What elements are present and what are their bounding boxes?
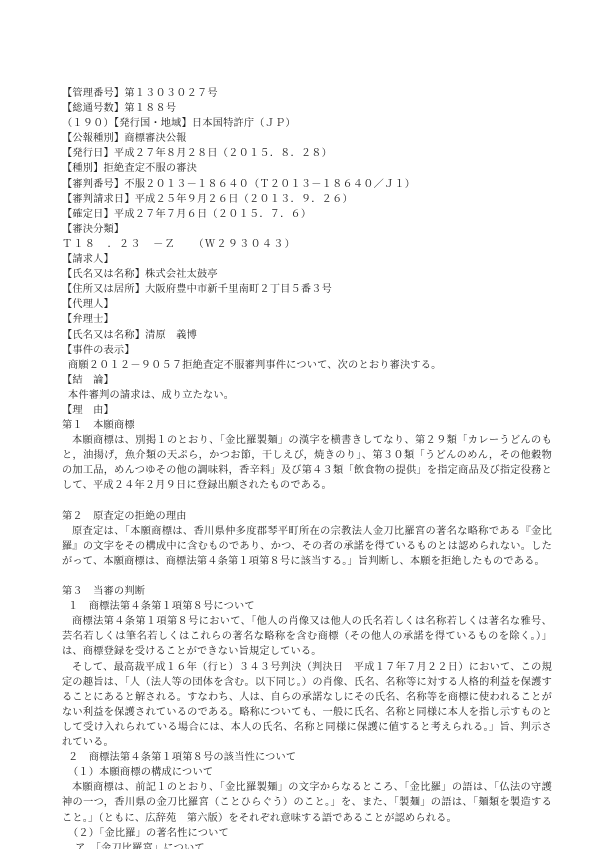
section-3-2-1-body: 本願商標は、前記１のとおり、「金比羅製麺」の文字からなるところ、「金比羅」の語は…	[62, 780, 552, 825]
appeal-number: 【審判番号】不服２０１３－１８６４０（Ｔ２０１３－１８６４０／Ｊ１）	[62, 177, 552, 192]
classification-value: Ｔ１８ ．２３ －Ｚ （Ｗ２９３０４３）	[62, 237, 552, 252]
section-3-1-text-b: そして、最高裁平成１６年（行ヒ）３４３号判決（判決日 平成１７年７月２２日）にお…	[62, 662, 552, 748]
requester-label: 【請求人】	[62, 252, 552, 267]
total-issue-number: 【総通号数】第１８８号	[62, 101, 552, 116]
section-3-2-1-text: 本願商標は、前記１のとおり、「金比羅製麺」の文字からなるところ、「金比羅」の語は…	[62, 782, 552, 823]
section-3-1-title: １ 商標法第４条第１項第８号について	[62, 599, 552, 614]
spacer	[62, 569, 552, 584]
section-1-title: 第１ 本願商標	[62, 418, 552, 433]
gazette-type: 【公報種別】商標審決公報	[62, 131, 552, 146]
conclusion-label: 【結 論】	[62, 373, 552, 388]
section-3-2-title: ２ 商標法第４条第１項第８号の該当性について	[62, 750, 552, 765]
document-page: 【管理番号】第１３０３０２７号 【総通号数】第１８８号 （１９０）【発行国・地域…	[62, 86, 552, 849]
patent-attorney-label: 【弁理士】	[62, 312, 552, 327]
section-3-2-2-a-title: ア 「金刀比羅宮」について	[62, 841, 552, 849]
agent-label: 【代理人】	[62, 297, 552, 312]
section-2-title: 第２ 原査定の拒絶の理由	[62, 509, 552, 524]
section-2-text: 原査定は、「本願商標は、香川県仲多度郡琴平町所在の宗教法人金刀比羅宮の著名な略称…	[62, 526, 552, 567]
section-3-1-body-b: そして、最高裁平成１６年（行ヒ）３４３号判決（判決日 平成１７年７月２２日）にお…	[62, 660, 552, 751]
section-3-title: 第３ 当審の判断	[62, 584, 552, 599]
section-1-text: 本願商標は、別掲１のとおり、「金比羅製麺」の漢字を横書きしてなり、第２９類「カレ…	[62, 435, 552, 491]
classification-label: 【審決分類】	[62, 222, 552, 237]
conclusion-text: 本件審判の請求は、成り立たない。	[62, 388, 552, 403]
decision-type: 【種別】拒絶査定不服の審決	[62, 161, 552, 176]
requester-name: 【氏名又は名称】株式会社太鼓亭	[62, 267, 552, 282]
section-3-1-text-a: 商標法第４条第１項第８号において、「他人の肖像又は他人の氏名若しくは名称若しくは…	[62, 616, 552, 657]
issue-date: 【発行日】平成２７年８月２８日（２０１５．８．２８）	[62, 146, 552, 161]
appeal-request-date: 【審判請求日】平成２５年９月２６日（２０１３．９．２６）	[62, 192, 552, 207]
requester-address: 【住所又は居所】大阪府豊中市新千里南町２丁目５番３号	[62, 282, 552, 297]
case-text: 商願２０１２－９０５７拒絶査定不服審判事件について、次のとおり審決する。	[62, 358, 552, 373]
patent-attorney-name: 【氏名又は名称】清原 義博	[62, 328, 552, 343]
section-3-2-2-title: （２）「金比羅」の著名性について	[62, 826, 552, 841]
spacer	[62, 494, 552, 509]
section-3-1-body-a: 商標法第４条第１項第８号において、「他人の肖像又は他人の氏名若しくは名称若しくは…	[62, 614, 552, 659]
section-3-2-1-title: （１）本願商標の構成について	[62, 765, 552, 780]
case-label: 【事件の表示】	[62, 343, 552, 358]
issuing-country: （１９０）【発行国・地域】日本国特許庁（ＪＰ）	[62, 116, 552, 131]
reasons-label: 【理 由】	[62, 403, 552, 418]
section-2-body: 原査定は、「本願商標は、香川県仲多度郡琴平町所在の宗教法人金刀比羅宮の著名な略称…	[62, 524, 552, 569]
management-number: 【管理番号】第１３０３０２７号	[62, 86, 552, 101]
finalization-date: 【確定日】平成２７年７月６日（２０１５．７．６）	[62, 207, 552, 222]
section-1-body: 本願商標は、別掲１のとおり、「金比羅製麺」の漢字を横書きしてなり、第２９類「カレ…	[62, 433, 552, 493]
